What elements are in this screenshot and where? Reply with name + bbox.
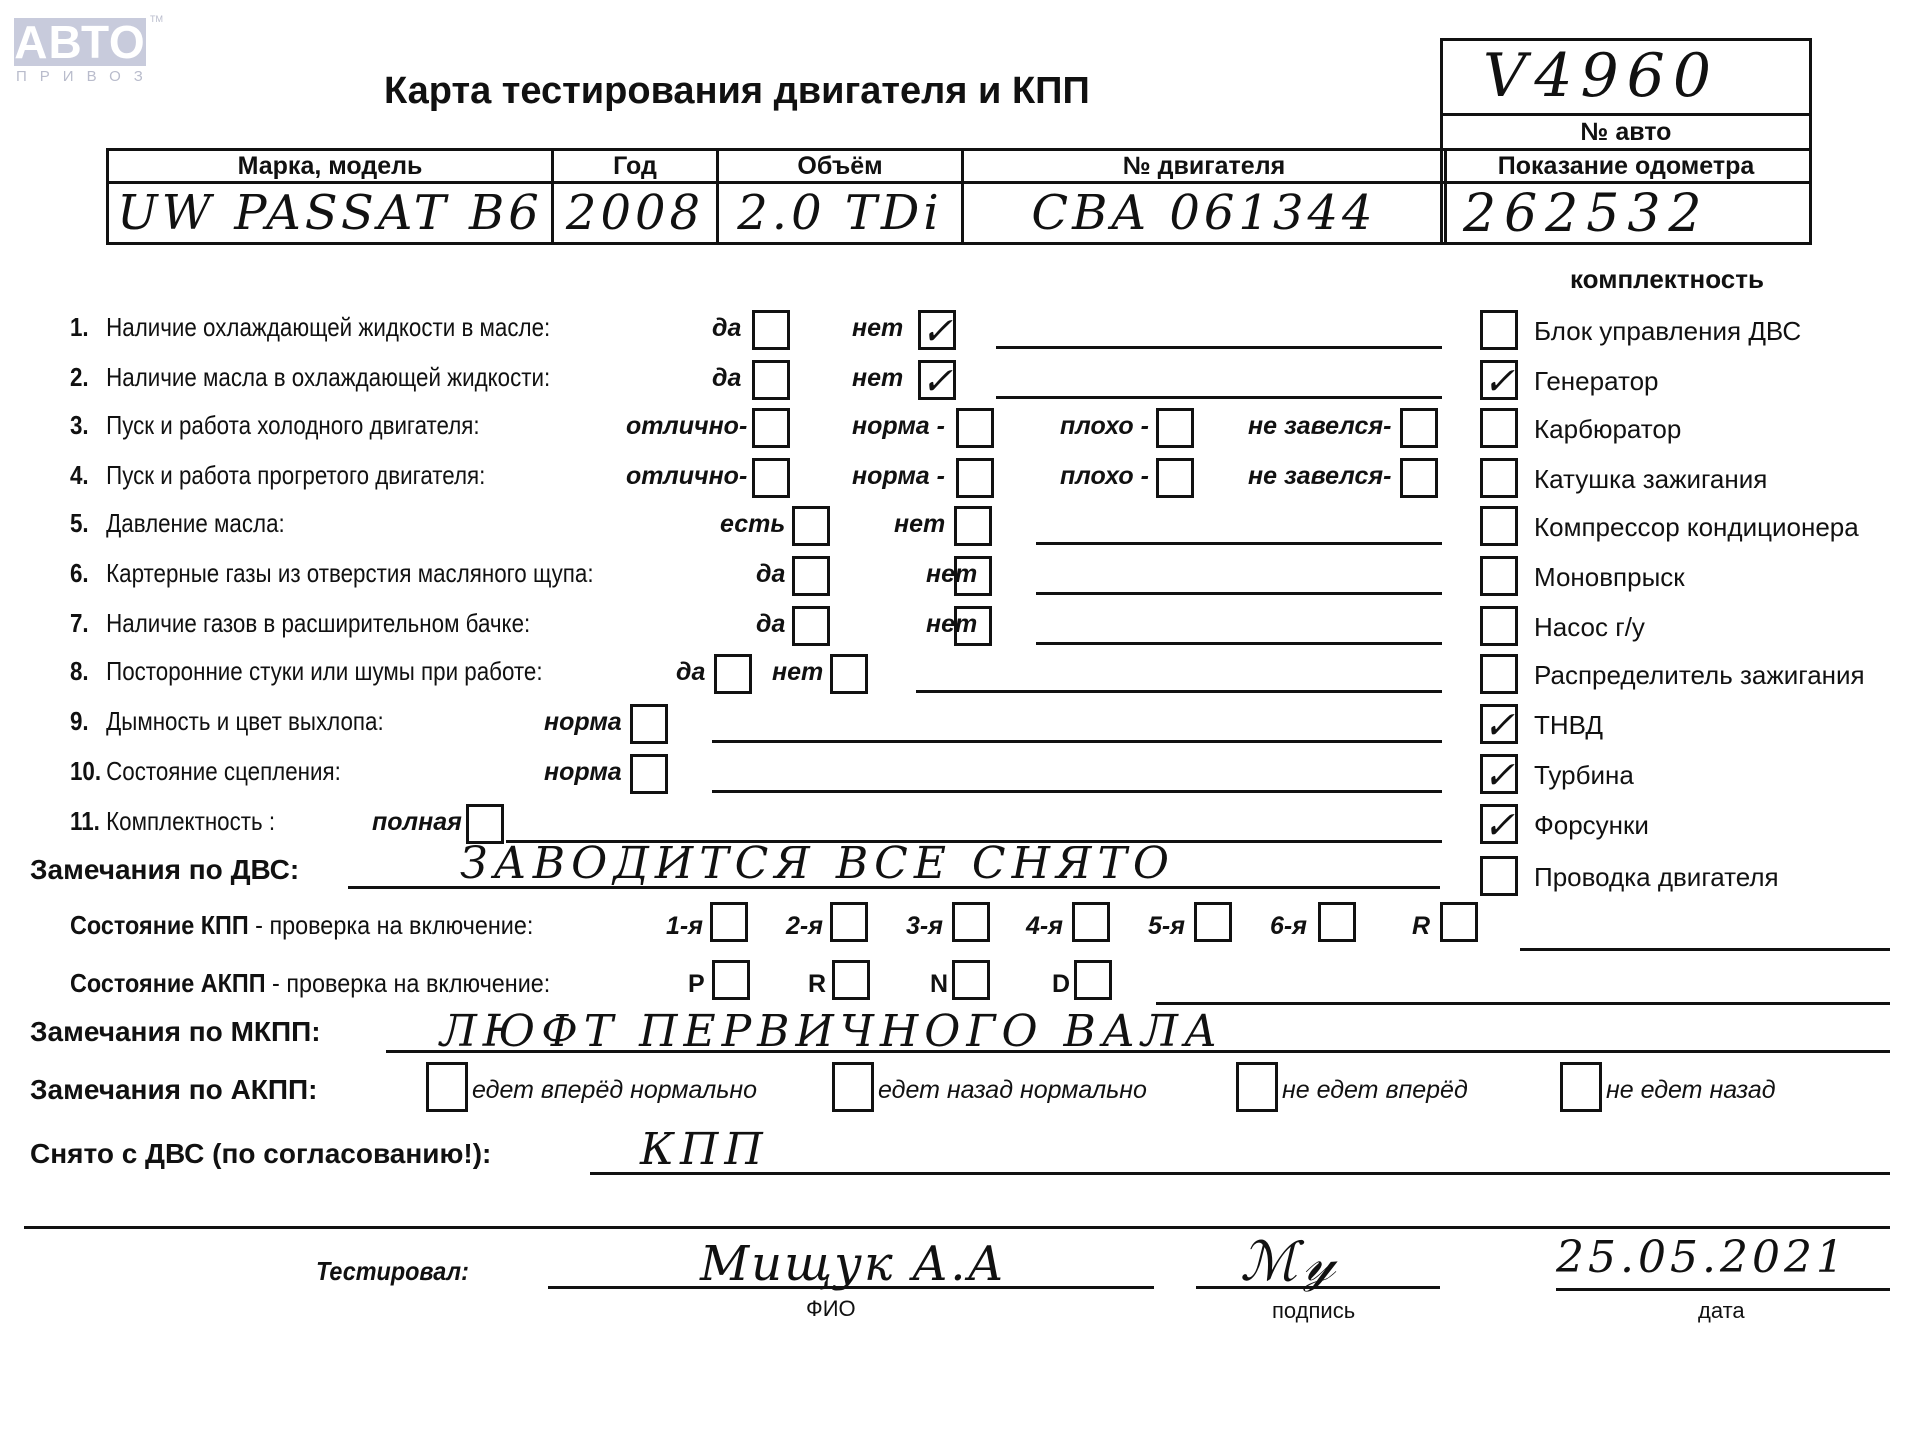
akpp-label-bold: Состояние АКПП (70, 968, 266, 998)
removed-value[interactable]: КПП (640, 1124, 769, 1175)
question-number: 7. (70, 608, 106, 639)
col-engine-number: № двигателя (963, 150, 1446, 183)
option-label: не завелся- (1248, 462, 1391, 491)
question-11: 11.Комплектность : (70, 806, 275, 837)
question-text: Пуск и работа холодного двигателя: (106, 410, 479, 440)
completeness-item-label: Моновпрыск (1534, 562, 1685, 593)
option-label: норма (544, 758, 622, 787)
option-checkbox[interactable] (792, 556, 830, 596)
question-number: 2. (70, 362, 106, 393)
option-label: норма (544, 708, 622, 737)
option-label: нет (852, 314, 903, 343)
akpp-note-checkbox[interactable] (1236, 1062, 1278, 1112)
col-volume: Объём (718, 150, 963, 183)
completeness-title: комплектность (1570, 264, 1764, 295)
completeness-checkbox[interactable]: ✓ (1480, 360, 1518, 400)
odometer-label: Показание одометра (1443, 151, 1809, 184)
question-notes-line (712, 790, 1442, 793)
option-checkbox[interactable] (752, 458, 790, 498)
akpp-notes-label: Замечания по АКПП: (30, 1074, 317, 1106)
question-number: 9. (70, 706, 106, 737)
question-6: 6.Картерные газы из отверстия масляного … (70, 558, 594, 589)
gear-label: 3-я (906, 912, 943, 941)
option-checkbox[interactable]: ✓ (918, 310, 956, 350)
option-checkbox[interactable] (792, 506, 830, 546)
question-10: 10.Состояние сцепления: (70, 756, 341, 787)
question-number: 10. (70, 756, 106, 787)
auto-number-box: V4960 № авто Показание одометра 262532 (1440, 38, 1812, 245)
question-5: 5.Давление масла: (70, 508, 285, 539)
tested-by-label: Тестировал: (316, 1256, 469, 1287)
auto-number-value[interactable]: V4960 (1443, 41, 1809, 116)
gear-checkbox[interactable] (712, 960, 750, 1000)
gear-label: 5-я (1148, 912, 1185, 941)
question-number: 11. (70, 806, 106, 837)
kpp-label-bold: Состояние КПП (70, 910, 249, 940)
gear-checkbox[interactable] (952, 960, 990, 1000)
option-label: нет (852, 364, 903, 393)
gear-checkbox[interactable] (1440, 902, 1478, 942)
akpp-note-checkbox[interactable] (426, 1062, 468, 1112)
gear-label: N (930, 970, 948, 999)
date-caption: дата (1698, 1298, 1745, 1324)
question-text: Наличие масла в охлаждающей жидкости: (106, 362, 550, 392)
year-value[interactable]: 2008 (553, 183, 718, 244)
question-notes-line (996, 346, 1442, 349)
question-text: Комплектность : (106, 806, 275, 836)
completeness-item-label: Форсунки (1534, 810, 1649, 841)
kpp-label-rest: - проверка на включение: (249, 910, 534, 940)
completeness-item-label: Проводка двигателя (1534, 862, 1779, 893)
option-checkbox[interactable] (954, 556, 992, 596)
mkpp-notes-label: Замечания по МКПП: (30, 1016, 321, 1048)
question-notes-line (712, 740, 1442, 743)
kpp-label: Состояние КПП - проверка на включение: (70, 910, 533, 941)
gear-checkbox[interactable] (832, 960, 870, 1000)
question-number: 4. (70, 460, 106, 491)
option-label: нет (894, 510, 945, 539)
option-label: да (756, 610, 785, 639)
question-text: Наличие газов в расширительном бачке: (106, 608, 530, 638)
option-checkbox[interactable] (752, 360, 790, 400)
signature[interactable]: ℳ𝓎 (1240, 1230, 1341, 1294)
question-2: 2.Наличие масла в охлаждающей жидкости: (70, 362, 550, 393)
completeness-checkbox[interactable] (1480, 606, 1518, 646)
question-text: Дымность и цвет выхлопа: (106, 706, 384, 736)
signature-line (1196, 1286, 1440, 1289)
option-checkbox[interactable] (1400, 408, 1438, 448)
question-number: 1. (70, 312, 106, 343)
odometer-value[interactable]: 262532 (1443, 184, 1809, 242)
option-label: отлично- (626, 462, 747, 491)
volume-value[interactable]: 2.0 TDi (718, 183, 963, 244)
option-checkbox[interactable] (752, 408, 790, 448)
engine-number-value[interactable]: CBA 061344 (963, 183, 1446, 244)
gear-label: 1-я (666, 912, 703, 941)
question-text: Пуск и работа прогретого двигателя: (106, 460, 485, 490)
completeness-item-label: Распределитель зажигания (1534, 660, 1865, 691)
question-7: 7.Наличие газов в расширительном бачке: (70, 608, 530, 639)
option-label: нет (772, 658, 823, 687)
question-text: Картерные газы из отверстия масляного щу… (106, 558, 593, 588)
gear-label: R (808, 970, 826, 999)
option-label: плохо - (1060, 462, 1149, 491)
gear-label: 2-я (786, 912, 823, 941)
question-text: Состояние сцепления: (106, 756, 341, 786)
option-label: да (712, 364, 741, 393)
option-checkbox[interactable] (1156, 408, 1194, 448)
make-model-value[interactable]: UW PASSAT B6 (108, 183, 553, 244)
option-checkbox[interactable] (1400, 458, 1438, 498)
question-number: 8. (70, 656, 106, 687)
engine-notes-label: Замечания по ДВС: (30, 854, 299, 886)
gear-label: D (1052, 970, 1070, 999)
akpp-note-label: едет назад нормально (878, 1076, 1147, 1105)
tester-name-value[interactable]: Мищук А.А (700, 1236, 1006, 1292)
col-year: Год (553, 150, 718, 183)
completeness-item-label: Катушка зажигания (1534, 464, 1767, 495)
question-9: 9.Дымность и цвет выхлопа: (70, 706, 384, 737)
question-text: Наличие охлаждающей жидкости в масле: (106, 312, 550, 342)
akpp-note-label: не едет назад (1606, 1076, 1776, 1105)
completeness-checkbox[interactable] (1480, 856, 1518, 896)
vehicle-info-table: Марка, модель Год Объём № двигателя UW P… (106, 148, 1447, 245)
option-label: норма - (852, 462, 945, 491)
option-checkbox[interactable] (792, 606, 830, 646)
completeness-checkbox[interactable]: ✓ (1480, 704, 1518, 744)
completeness-item-label: Карбюратор (1534, 414, 1681, 445)
signature-caption: подпись (1272, 1298, 1355, 1324)
akpp-note-checkbox[interactable] (832, 1062, 874, 1112)
option-label: есть (720, 510, 785, 539)
question-text: Посторонние стуки или шумы при работе: (106, 656, 542, 686)
gear-checkbox[interactable] (1318, 902, 1356, 942)
gear-label: 6-я (1270, 912, 1307, 941)
kpp-notes-line (1520, 948, 1890, 951)
completeness-checkbox[interactable] (1480, 310, 1518, 350)
option-label: да (756, 560, 785, 589)
date-value[interactable]: 25.05.2021 (1556, 1232, 1848, 1283)
question-8: 8.Посторонние стуки или шумы при работе: (70, 656, 543, 687)
question-number: 6. (70, 558, 106, 589)
completeness-item-label: Блок управления ДВС (1534, 316, 1801, 347)
page-title: Карта тестирования двигателя и КПП (384, 70, 1090, 113)
option-checkbox[interactable] (954, 506, 992, 546)
option-label: да (712, 314, 741, 343)
brand-subtitle: ПРИВОЗ (16, 68, 156, 85)
question-notes-line (1036, 542, 1442, 545)
trademark: TM (150, 14, 163, 24)
col-make-model: Марка, модель (108, 150, 553, 183)
question-notes-line (996, 396, 1442, 399)
completeness-item-label: Турбина (1534, 760, 1634, 791)
question-number: 5. (70, 508, 106, 539)
gear-checkbox[interactable] (1072, 902, 1110, 942)
option-checkbox[interactable] (630, 754, 668, 794)
option-checkbox[interactable] (956, 458, 994, 498)
question-notes-line (1036, 592, 1442, 595)
akpp-note-label: не едет вперёд (1282, 1076, 1468, 1105)
completeness-item-label: Компрессор кондиционера (1534, 512, 1859, 543)
gear-checkbox[interactable] (1194, 902, 1232, 942)
completeness-checkbox[interactable] (1480, 458, 1518, 498)
question-notes-line (916, 690, 1442, 693)
option-checkbox[interactable] (954, 606, 992, 646)
gear-label: R (1412, 912, 1430, 941)
option-label: отлично- (626, 412, 747, 441)
question-text: Давление масла: (106, 508, 285, 538)
gear-label: P (688, 970, 705, 999)
gear-label: 4-я (1026, 912, 1063, 941)
engine-notes-line (348, 886, 1440, 889)
brand-logo: АВТО (14, 18, 146, 66)
question-notes-line (1036, 642, 1442, 645)
completeness-checkbox[interactable] (1480, 506, 1518, 546)
option-label: плохо - (1060, 412, 1149, 441)
completeness-item-label: ТНВД (1534, 710, 1603, 741)
akpp-line (1156, 1002, 1890, 1005)
removed-label: Снято с ДВС (по согласованию!): (30, 1138, 491, 1170)
akpp-note-label: едет вперёд нормально (472, 1076, 757, 1105)
option-label: полная (372, 808, 462, 837)
question-4: 4.Пуск и работа прогретого двигателя: (70, 460, 485, 491)
akpp-label: Состояние АКПП - проверка на включение: (70, 968, 550, 999)
auto-number-label: № авто (1443, 116, 1809, 151)
completeness-checkbox[interactable]: ✓ (1480, 804, 1518, 844)
option-checkbox[interactable] (1156, 458, 1194, 498)
gear-checkbox[interactable] (710, 902, 748, 942)
akpp-note-checkbox[interactable] (1560, 1062, 1602, 1112)
option-label: не завелся- (1248, 412, 1391, 441)
gear-checkbox[interactable] (952, 902, 990, 942)
completeness-checkbox[interactable] (1480, 556, 1518, 596)
option-checkbox[interactable] (830, 654, 868, 694)
option-checkbox[interactable] (714, 654, 752, 694)
gear-checkbox[interactable] (830, 902, 868, 942)
engine-notes-value[interactable]: ЗАВОДИТСЯ ВСЕ СНЯТО (460, 838, 1175, 889)
option-checkbox[interactable]: ✓ (918, 360, 956, 400)
completeness-item-label: Насос г/у (1534, 612, 1645, 643)
question-1: 1.Наличие охлаждающей жидкости в масле: (70, 312, 550, 343)
question-3: 3.Пуск и работа холодного двигателя: (70, 410, 480, 441)
option-label: норма - (852, 412, 945, 441)
name-caption: ФИО (806, 1296, 856, 1322)
mkpp-notes-line (386, 1050, 1890, 1053)
divider-line (24, 1226, 1890, 1229)
gear-checkbox[interactable] (1074, 960, 1112, 1000)
name-line (548, 1286, 1154, 1289)
akpp-label-rest: - проверка на включение: (266, 968, 551, 998)
completeness-checkbox[interactable] (1480, 654, 1518, 694)
option-checkbox[interactable] (630, 704, 668, 744)
option-checkbox[interactable] (956, 408, 994, 448)
completeness-item-label: Генератор (1534, 366, 1659, 397)
date-line (1556, 1288, 1890, 1291)
completeness-checkbox[interactable] (1480, 408, 1518, 448)
removed-line (590, 1172, 1890, 1175)
question-number: 3. (70, 410, 106, 441)
option-label: да (676, 658, 705, 687)
option-checkbox[interactable] (752, 310, 790, 350)
completeness-checkbox[interactable]: ✓ (1480, 754, 1518, 794)
